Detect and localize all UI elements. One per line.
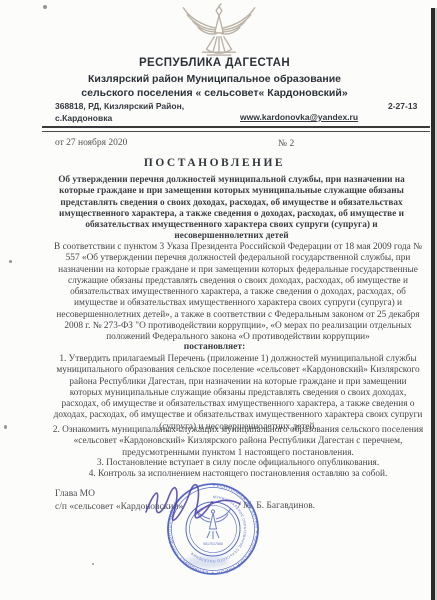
handwritten-signature (130, 466, 280, 546)
document-subtitle: Об утверждении перечня должностей муници… (40, 175, 423, 243)
scan-speck (4, 425, 7, 429)
scan-speck (92, 563, 94, 565)
letterhead-republic: РЕСПУБЛИКА ДАГЕСТАН (0, 57, 429, 69)
scan-edge-shadow (431, 8, 435, 600)
document-date: от 27 ноября 2020 (55, 138, 127, 148)
letterhead-org-line2: сельского поселения « сельсовет« Кардоно… (0, 87, 429, 99)
document-title: ПОСТАНОВЛЕНИЕ (0, 157, 429, 169)
preamble-paragraph: В соответствии с пунктом 3 Указа Президе… (52, 242, 424, 344)
letterhead-website: www.kardonovka@yandex.ru (240, 112, 358, 122)
stamp-ink-smudge (185, 556, 229, 568)
letterhead-phone: 2-27-13 (388, 101, 417, 111)
resolution-item-1: 1. Утвердить прилагаемый Перечень (прило… (52, 354, 424, 433)
dagestan-coat-of-arms-eagle-icon (169, 2, 269, 63)
letterhead-org-line1: Кизлярский район Муниципальное образован… (0, 73, 429, 85)
document-number: № 2 (278, 139, 294, 149)
resolution-item-2: 2. Ознакомить муниципальных служащих мун… (52, 425, 424, 459)
signatory-title-line1: Глава МО (55, 489, 95, 499)
resolves-label: постановляет: (0, 342, 429, 352)
scan-speck (9, 260, 12, 263)
scan-speck (43, 5, 47, 9)
scanned-document-page: РЕСПУБЛИКА ДАГЕСТАН Кизлярский район Мун… (0, 0, 437, 600)
letterhead-address-line1: 368818, РД, Кизлярский Район, (55, 101, 184, 111)
letterhead-divider-rule (42, 126, 430, 132)
letterhead-address-line2: с.Кардоновка (55, 113, 112, 123)
